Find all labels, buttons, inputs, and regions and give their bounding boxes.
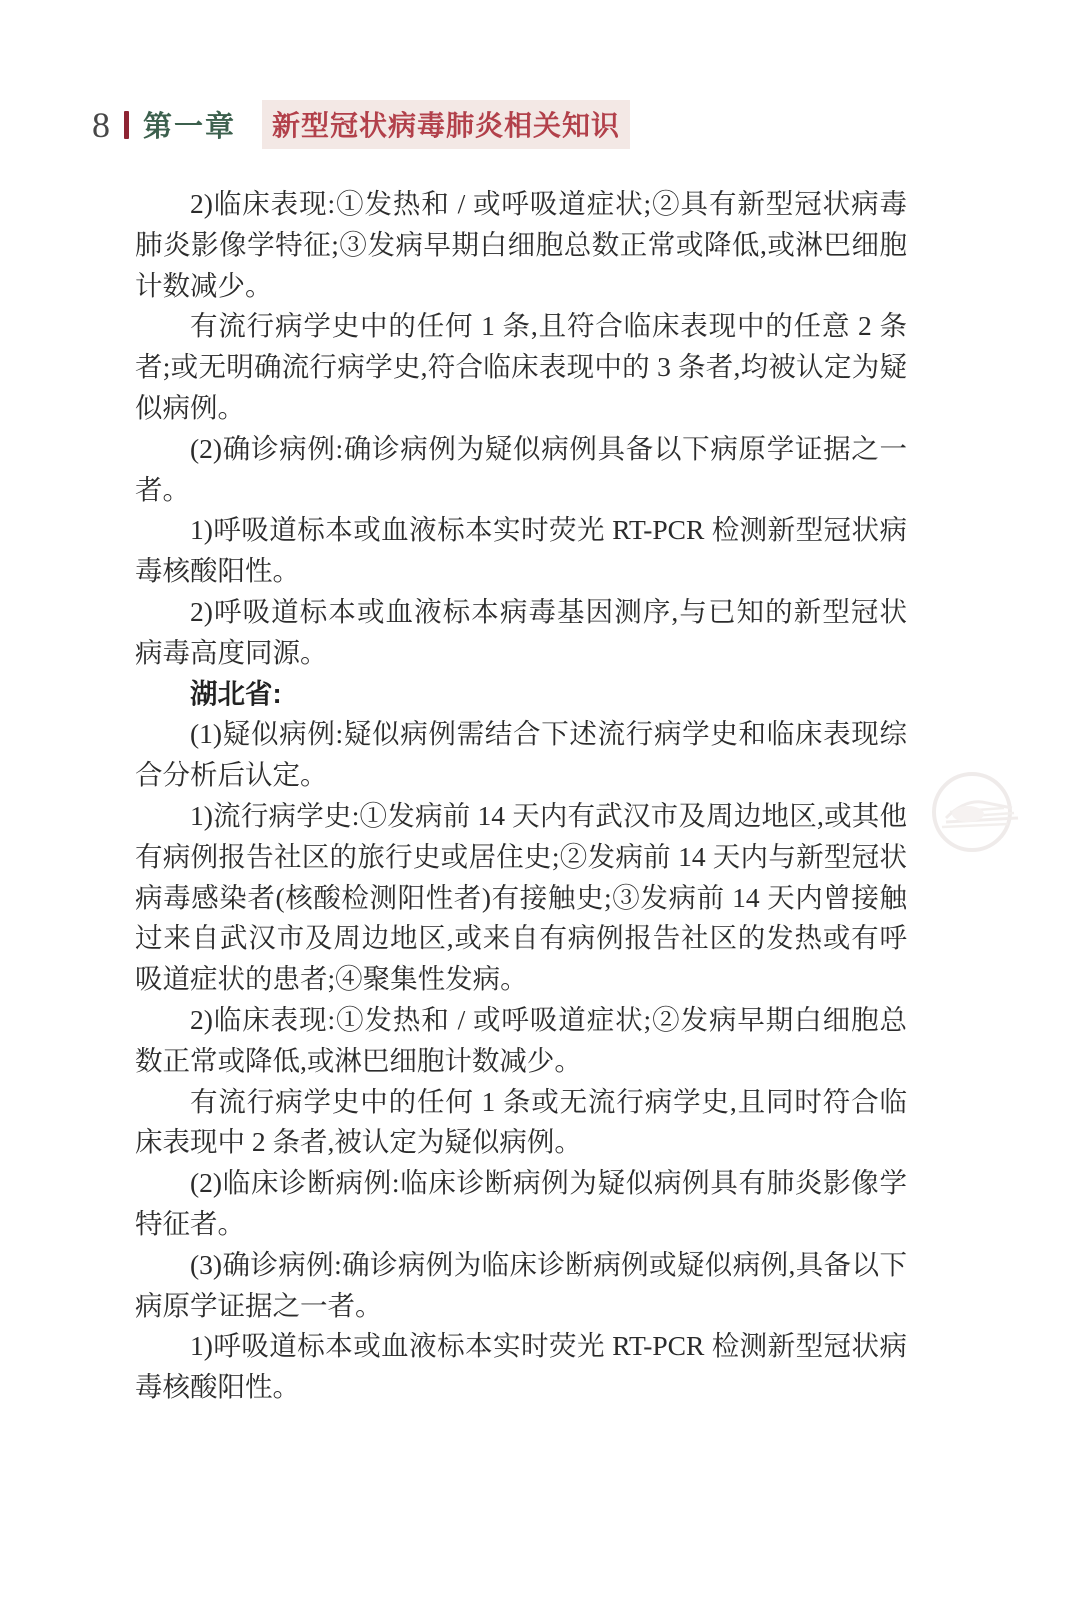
body-paragraph: (2)临床诊断病例:临床诊断病例为疑似病例具有肺炎影像学特征者。 xyxy=(135,1163,907,1245)
header-divider-bar xyxy=(124,111,129,139)
body-paragraph: (2)确诊病例:确诊病例为疑似病例具备以下病原学证据之一者。 xyxy=(135,429,907,511)
body-paragraph: 2)临床表现:①发热和 / 或呼吸道症状;②具有新型冠状病毒肺炎影像学特征;③发… xyxy=(135,184,907,306)
chapter-title: 新型冠状病毒肺炎相关知识 xyxy=(262,100,630,149)
body-paragraph: 1)呼吸道标本或血液标本实时荧光 RT-PCR 检测新型冠状病毒核酸阳性。 xyxy=(135,510,907,592)
running-head: 8 第一章 新型冠状病毒肺炎相关知识 xyxy=(92,100,630,149)
body-paragraph: (1)疑似病例:疑似病例需结合下述流行病学史和临床表现综合分析后认定。 xyxy=(135,714,907,796)
body-paragraph: 1)呼吸道标本或血液标本实时荧光 RT-PCR 检测新型冠状病毒核酸阳性。 xyxy=(135,1326,907,1408)
body-paragraph: 1)流行病学史:①发病前 14 天内有武汉市及周边地区,或其他有病例报告社区的旅… xyxy=(135,796,907,1000)
book-page: 8 第一章 新型冠状病毒肺炎相关知识 2)临床表现:①发热和 / 或呼吸道症状;… xyxy=(0,0,1080,1620)
body-paragraph: 有流行病学史中的任何 1 条或无流行病学史,且同时符合临床表现中 2 条者,被认… xyxy=(135,1082,907,1164)
page-number: 8 xyxy=(92,107,110,143)
body-text-block: 2)临床表现:①发热和 / 或呼吸道症状;②具有新型冠状病毒肺炎影像学特征;③发… xyxy=(135,184,907,1408)
section-heading-hubei: 湖北省: xyxy=(135,674,907,715)
body-paragraph: 有流行病学史中的任何 1 条,且符合临床表现中的任意 2 条者;或无明确流行病学… xyxy=(135,306,907,428)
body-paragraph: 2)呼吸道标本或血液标本病毒基因测序,与已知的新型冠状病毒高度同源。 xyxy=(135,592,907,674)
body-paragraph: (3)确诊病例:确诊病例为临床诊断病例或疑似病例,具备以下病原学证据之一者。 xyxy=(135,1245,907,1327)
chapter-label: 第一章 xyxy=(143,104,236,145)
body-paragraph: 2)临床表现:①发热和 / 或呼吸道症状;②发病早期白细胞总数正常或降低,或淋巴… xyxy=(135,1000,907,1082)
train-emblem-watermark-icon xyxy=(916,762,1026,862)
